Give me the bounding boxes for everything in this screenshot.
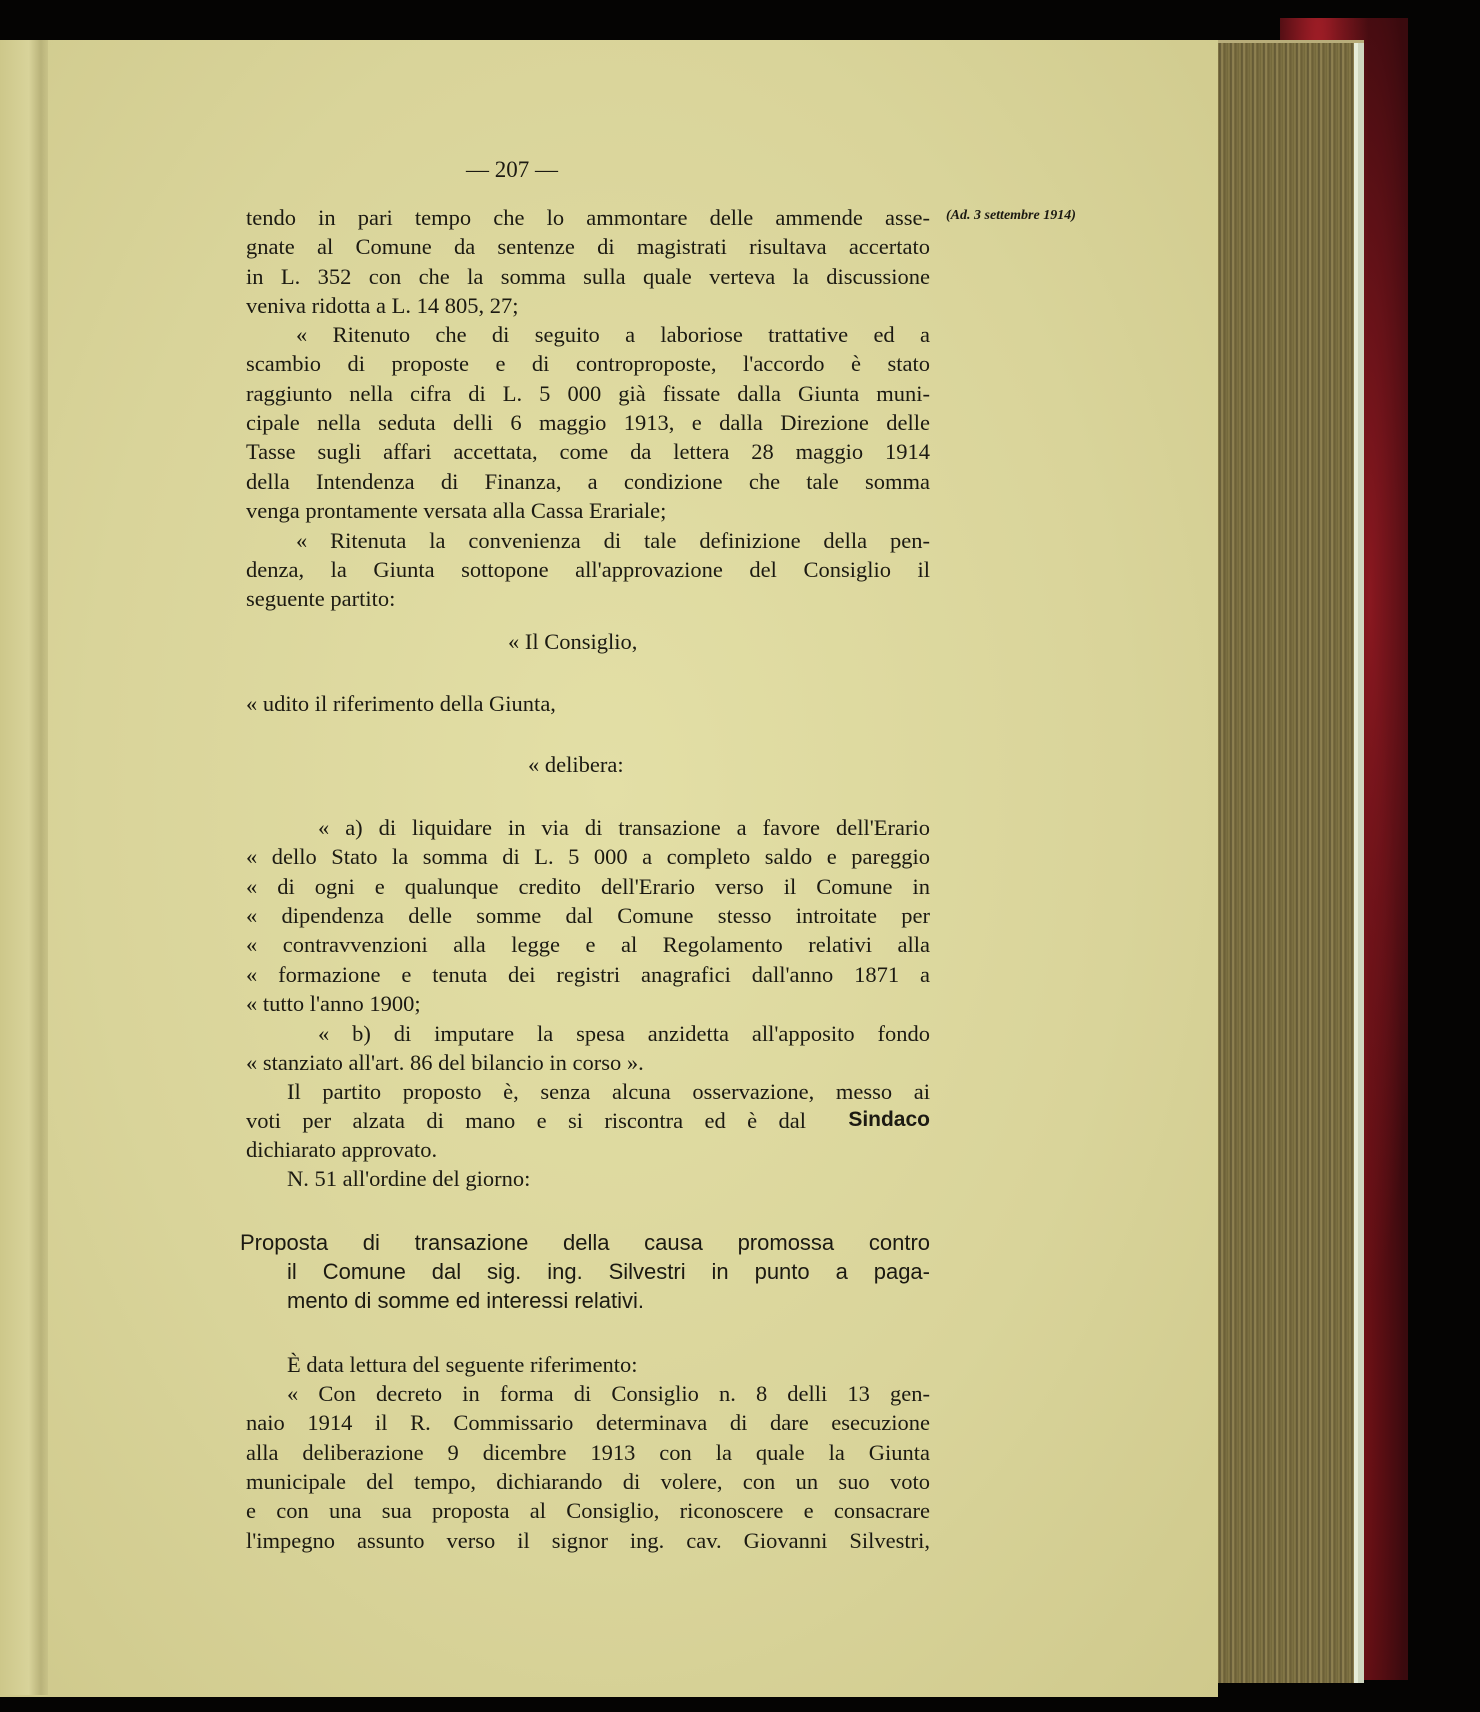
text-line: dichiarato approvato.: [246, 1137, 437, 1163]
text-line: scambio di proposte e di controproposte,…: [246, 351, 930, 377]
text-line: N. 51 all'ordine del giorno:: [287, 1166, 530, 1192]
text-line: municipale del tempo, dichiarando di vol…: [246, 1469, 930, 1495]
text-line: « di ogni e qualunque credito dell'Erari…: [246, 874, 930, 900]
text-line: tendo in pari tempo che lo ammontare del…: [246, 205, 930, 231]
text-line: venga prontamente versata alla Cassa Era…: [246, 498, 666, 524]
text-line: l'impegno assunto verso il signor ing. c…: [246, 1528, 930, 1554]
section-heading: Proposta di transazione della causa prom…: [240, 1230, 930, 1256]
text-line: « Ritenuta la convenienza di tale defini…: [296, 528, 930, 554]
text-line: « dello Stato la somma di L. 5 000 a com…: [246, 844, 930, 870]
text-line: alla deliberazione 9 dicembre 1913 con l…: [246, 1440, 930, 1466]
text-line: « a) di liquidare in via di transazione …: [318, 815, 930, 841]
text-line: « Con decreto in forma di Consiglio n. 8…: [287, 1381, 930, 1407]
text-line: « dipendenza delle somme dal Comune stes…: [246, 903, 930, 929]
text-line: denza, la Giunta sottopone all'approvazi…: [246, 557, 930, 583]
text-line: « b) di imputare la spesa anzidetta all'…: [318, 1021, 930, 1047]
text-line: Il partito proposto è, senza alcuna osse…: [287, 1079, 930, 1105]
text-line: veniva ridotta a L. 14 805, 27;: [246, 293, 518, 319]
page-number: — 207 —: [466, 157, 558, 183]
text-line: « Ritenuto che di seguito a laboriose tr…: [296, 322, 930, 348]
section-heading: il Comune dal sig. ing. Silvestri in pun…: [287, 1259, 930, 1285]
section-heading: mento di somme ed interessi relativi.: [287, 1288, 644, 1314]
text-line: raggiunto nella cifra di L. 5 000 già fi…: [246, 381, 930, 407]
text-line: e con una sua proposta al Consiglio, ric…: [246, 1498, 930, 1524]
text-line: della Intendenza di Finanza, a condizion…: [246, 469, 930, 495]
text-line: « udito il riferimento della Giunta,: [246, 691, 556, 717]
text-line: naio 1914 il R. Commissario determinava …: [246, 1410, 930, 1436]
page-edges: [1216, 40, 1364, 1683]
text-line: « contravvenzioni alla legge e al Regola…: [246, 932, 930, 958]
text-line: « formazione e tenuta dei registri anagr…: [246, 962, 930, 988]
text-line-sindaco: voti per alzata di mano e si riscontra e…: [246, 1108, 930, 1134]
text-line: gnate al Comune da sentenze di magistrat…: [246, 234, 930, 260]
page-gutter: [0, 40, 48, 1695]
text-line: È data lettura del seguente riferimento:: [287, 1352, 637, 1378]
sindaco-label: Sindaco: [848, 1108, 930, 1134]
text-line: « delibera:: [528, 752, 624, 778]
text-line: seguente partito:: [246, 586, 395, 612]
text-line: « stanziato all'art. 86 del bilancio in …: [246, 1050, 644, 1076]
text-line: Tasse sugli affari accettata, come da le…: [246, 439, 930, 465]
text-line: « Il Consiglio,: [508, 629, 637, 655]
text-line: « tutto l'anno 1900;: [246, 991, 421, 1017]
margin-note: (Ad. 3 settembre 1914): [946, 208, 1076, 224]
text-line: in L. 352 con che la somma sulla quale v…: [246, 264, 930, 290]
text-line: cipale nella seduta delli 6 maggio 1913,…: [246, 410, 930, 436]
text-fragment: voti per alzata di mano e si riscontra e…: [246, 1108, 806, 1134]
